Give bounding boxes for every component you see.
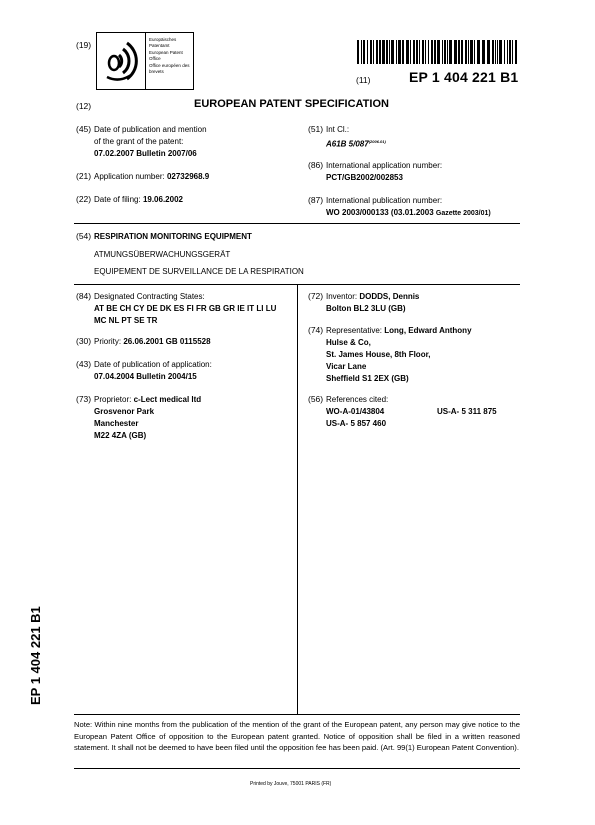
filing-date-value: 19.06.2002 xyxy=(143,195,183,204)
office-name-de: Europäisches Patentamt xyxy=(149,37,191,48)
reference-1: WO-A-01/43804 xyxy=(326,407,384,417)
intl-app-number-label: International application number: xyxy=(326,161,442,171)
representative-label: Representative: xyxy=(326,326,382,335)
inid-code-56: (56) xyxy=(308,394,323,404)
office-name-fr: Office européen des brevets xyxy=(149,63,191,74)
int-cl-version: (2006.01) xyxy=(369,139,386,144)
divider-note-top xyxy=(74,714,520,715)
epo-logo: Europäisches Patentamt European Patent O… xyxy=(96,32,194,90)
grant-date-label: Date of publication and mention xyxy=(94,125,207,135)
barcode xyxy=(357,40,523,64)
intl-app-number-value: PCT/GB2002/002853 xyxy=(326,173,403,183)
grant-date-label-2: of the grant of the patent: xyxy=(94,137,183,147)
application-number-value: 02732968.9 xyxy=(167,172,209,181)
inid-code-30: (30) xyxy=(76,336,91,346)
intl-pub-number-label: International publication number: xyxy=(326,196,442,206)
title-de: ATMUNGSÜBERWACHUNGSGERÄT xyxy=(94,250,230,260)
proprietor-address-2: Manchester xyxy=(94,419,138,429)
inid-code-19: (19) xyxy=(76,40,91,50)
app-pub-date-label: Date of publication of application: xyxy=(94,360,212,370)
document-title: EUROPEAN PATENT SPECIFICATION xyxy=(194,98,389,110)
inid-code-21: (21) xyxy=(76,171,91,181)
reference-3: US-A- 5 857 460 xyxy=(326,419,386,429)
proprietor-address-1: Grosvenor Park xyxy=(94,407,154,417)
representative-address-1: Hulse & Co, xyxy=(326,338,371,348)
inid-code-54: (54) xyxy=(76,231,91,241)
representative-address-2: St. James House, 8th Floor, xyxy=(326,350,430,360)
inventor-address: Bolton BL2 3LU (GB) xyxy=(326,304,406,314)
representative-address-4: Sheffield S1 2EX (GB) xyxy=(326,374,409,384)
designated-states-line-1: AT BE CH CY DE DK ES FI FR GB GR IE IT L… xyxy=(94,304,276,314)
inid-code-84: (84) xyxy=(76,291,91,301)
opposition-note: Note: Within nine months from the public… xyxy=(74,719,520,754)
inventor-label: Inventor: xyxy=(326,292,357,301)
inid-code-87: (87) xyxy=(308,195,323,205)
inid-code-72: (72) xyxy=(308,291,323,301)
designated-states-line-2: MC NL PT SE TR xyxy=(94,316,157,326)
int-cl-label: Int Cl.: xyxy=(326,125,349,135)
intl-pub-gazette: Gazette 2003/01) xyxy=(436,210,491,217)
inid-code-43: (43) xyxy=(76,359,91,369)
inid-code-73: (73) xyxy=(76,394,91,404)
divider-top xyxy=(74,223,520,224)
filing-date-label: Date of filing: xyxy=(94,195,141,204)
epo-logo-icon xyxy=(97,33,146,89)
title-fr: EQUIPEMENT DE SURVEILLANCE DE LA RESPIRA… xyxy=(94,267,304,277)
representative-address-3: Vicar Lane xyxy=(326,362,366,372)
publication-number: EP 1 404 221 B1 xyxy=(409,69,518,85)
int-cl-value: A61B 5/087 xyxy=(326,140,369,149)
inid-code-22: (22) xyxy=(76,194,91,204)
intl-pub-number-value: WO 2003/000133 (03.01.2003 xyxy=(326,208,434,217)
references-label: References cited: xyxy=(326,395,388,405)
proprietor-label: Proprietor: xyxy=(94,395,131,404)
proprietor-value: c-Lect medical ltd xyxy=(134,395,202,404)
proprietor-address-3: M22 4ZA (GB) xyxy=(94,431,146,441)
priority-label: Priority: xyxy=(94,337,121,346)
inventor-value: DODDS, Dennis xyxy=(359,292,419,301)
inid-code-74: (74) xyxy=(308,325,323,335)
printer-footer: Printed by Jouve, 75001 PARIS (FR) xyxy=(250,781,331,787)
office-name-en: European Patent Office xyxy=(149,50,191,61)
title-en: RESPIRATION MONITORING EQUIPMENT xyxy=(94,232,252,242)
inid-code-11: (11) xyxy=(356,75,371,85)
app-pub-date-value: 07.04.2004 Bulletin 2004/15 xyxy=(94,372,197,382)
inid-code-45: (45) xyxy=(76,124,91,134)
grant-date-value: 07.02.2007 Bulletin 2007/06 xyxy=(94,149,197,159)
inid-code-86: (86) xyxy=(308,160,323,170)
inid-code-12: (12) xyxy=(76,101,91,111)
column-divider xyxy=(297,285,298,715)
application-number-label: Application number: xyxy=(94,172,165,181)
designated-states-label: Designated Contracting States: xyxy=(94,292,205,302)
priority-value: 26.06.2001 GB 0115528 xyxy=(123,337,210,346)
representative-value: Long, Edward Anthony xyxy=(384,326,471,335)
divider-note-bottom xyxy=(74,768,520,769)
reference-2: US-A- 5 311 875 xyxy=(437,407,497,417)
side-publication-number: EP 1 404 221 B1 xyxy=(28,606,43,705)
inid-code-51: (51) xyxy=(308,124,323,134)
